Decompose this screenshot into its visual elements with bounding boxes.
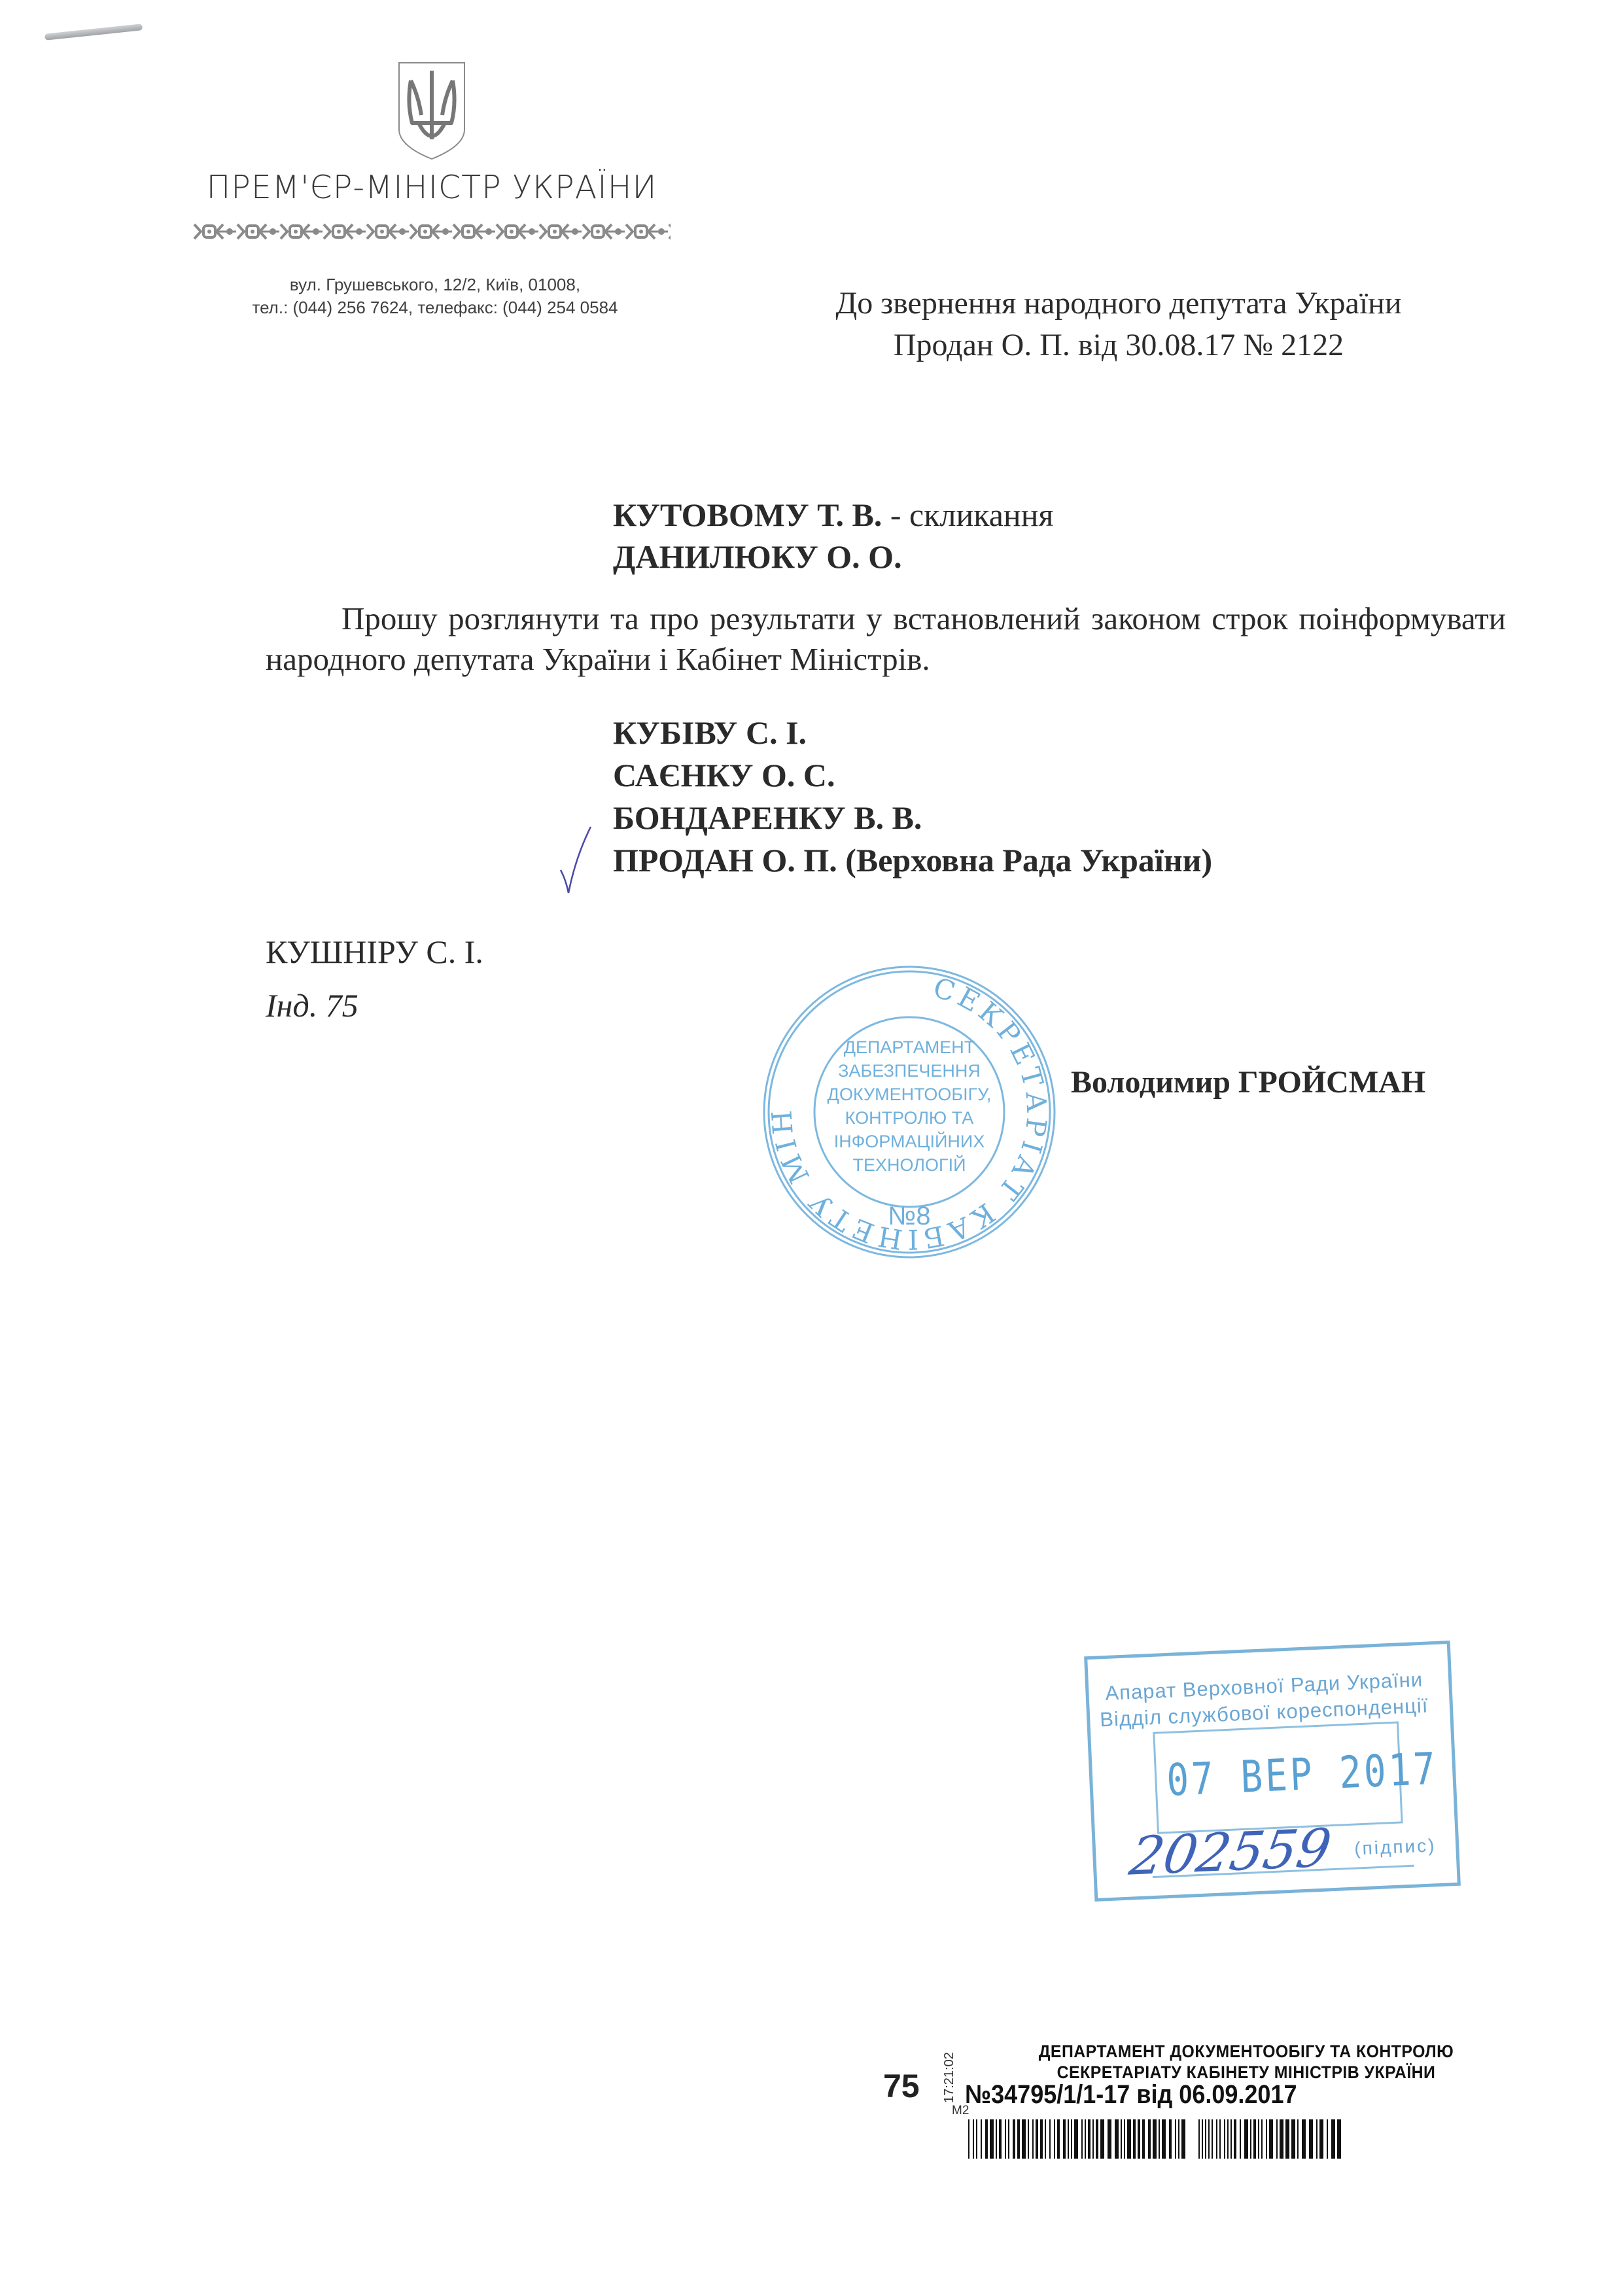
signer-first-name: Володимир bbox=[1071, 1065, 1230, 1100]
registration-department: ДЕПАРТАМЕНТ ДОКУМЕНТООБІГУ ТА КОНТРОЛЮ С… bbox=[1017, 2041, 1475, 2083]
addressee: ПРОДАН О. П. (Верховна Рада України) bbox=[613, 839, 1212, 882]
addressee: ДАНИЛЮКУ О. О. bbox=[613, 536, 1053, 578]
embroidery-ornament-divider bbox=[193, 220, 671, 243]
seal-inner-line: ІНФОРМАЦІЙНИХ bbox=[834, 1131, 985, 1151]
page-number: 75 bbox=[883, 2067, 920, 2105]
copy-addressees: КУБІВУ С. І. САЄНКУ О. С. БОНДАРЕНКУ В. … bbox=[613, 712, 1212, 882]
registration-stamp: Апарат Верховної Ради України Відділ слу… bbox=[1084, 1641, 1461, 1902]
seal-number: №8 bbox=[888, 1202, 930, 1230]
letterhead-title: ПРЕМ'ЄР-МІНІСТР УКРАЇНИ bbox=[190, 169, 674, 206]
subject-line: До звернення народного депутата України bbox=[726, 283, 1511, 324]
print-time: 17:21:02 bbox=[942, 2052, 957, 2103]
addressee: КУБІВУ С. І. bbox=[613, 712, 1212, 754]
subject-reference: До звернення народного депутата України … bbox=[726, 283, 1511, 366]
address-line: вул. Грушевського, 12/2, Київ, 01008, bbox=[196, 273, 674, 296]
seal-inner-line: КОНТРОЛЮ ТА bbox=[845, 1108, 974, 1128]
seal-inner-line: ДОКУМЕНТООБІГУ, bbox=[828, 1085, 992, 1104]
subject-line: Продан О. П. від 30.08.17 № 2122 bbox=[726, 324, 1511, 366]
seal-inner-line: ЗАБЕЗПЕЧЕННЯ bbox=[838, 1061, 981, 1081]
addressee: БОНДАРЕНКУ В. В. bbox=[613, 797, 1212, 839]
instruction-paragraph: Прошу розглянути та про результати у вст… bbox=[266, 599, 1506, 680]
document-index: Інд. 75 bbox=[266, 986, 358, 1024]
addressee: КУТОВОМУ Т. В. - скликання bbox=[613, 494, 1053, 536]
primary-addressees: КУТОВОМУ Т. В. - скликання ДАНИЛЮКУ О. О… bbox=[613, 494, 1053, 578]
signer-last-name: ГРОЙСМАН bbox=[1238, 1065, 1425, 1100]
barcode bbox=[968, 2119, 1341, 2159]
addressee: САЄНКУ О. С. bbox=[613, 754, 1212, 797]
handwritten-checkmark-icon bbox=[559, 824, 592, 896]
registration-number: №34795/1/1-17 від 06.09.2017 bbox=[965, 2080, 1297, 2110]
department-line: ДЕПАРТАМЕНТ ДОКУМЕНТООБІГУ ТА КОНТРОЛЮ bbox=[1017, 2041, 1475, 2062]
scan-artifact-mark bbox=[44, 24, 143, 41]
seal-inner-line: ДЕПАРТАМЕНТ bbox=[844, 1037, 975, 1057]
seal-inner-line: ТЕХНОЛОГІЙ bbox=[853, 1155, 966, 1175]
phone-line: тел.: (044) 256 7624, телефакс: (044) 25… bbox=[196, 296, 674, 319]
signature-block: Володимир ГРОЙСМАН bbox=[1071, 1064, 1425, 1100]
round-seal-stamp: СЕКРЕТАРІАТ КАБІНЕТУ МІНІСТРІВ УКРАЇНИ Д… bbox=[759, 962, 1060, 1262]
copy-to: КУШНІРУ С. І. bbox=[266, 932, 483, 971]
signature-label: (підпис) bbox=[1354, 1835, 1437, 1859]
trident-coat-of-arms-icon bbox=[393, 58, 471, 162]
letterhead-address: вул. Грушевського, 12/2, Київ, 01008, те… bbox=[196, 273, 674, 319]
